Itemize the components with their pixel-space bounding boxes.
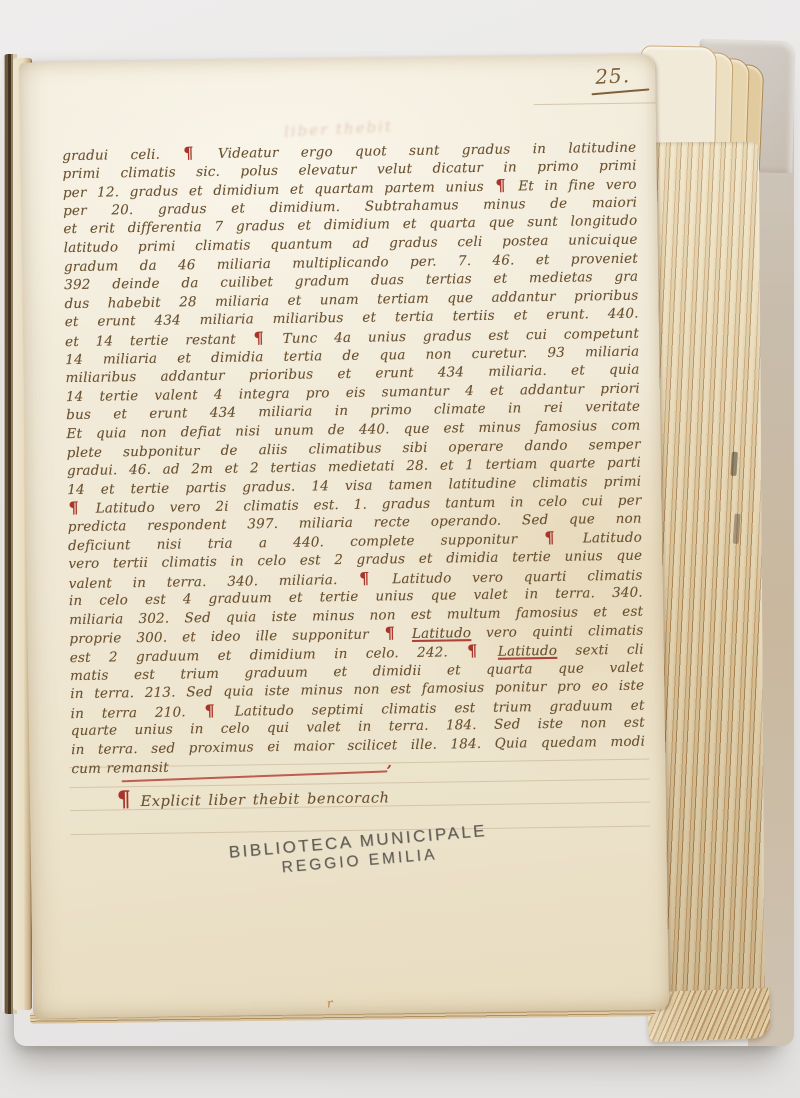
explicit-colophon: ¶ Explicit liber thebit bencorach <box>116 783 390 812</box>
capitulum-mark: ¶ <box>494 176 508 195</box>
folio-number: 25. <box>595 63 631 89</box>
capitulum-mark: ¶ <box>203 701 217 720</box>
quire-signature-mark: r <box>326 996 333 1011</box>
library-stamp: BIBLIOTECA MUNICIPALE REGGIO EMILIA <box>198 818 520 884</box>
text-block: gradui celi. ¶ Videatur ergo quot sunt g… <box>62 138 645 779</box>
rubricated-word: Latitudo <box>498 643 557 660</box>
text-segment: Latitudo <box>557 530 643 547</box>
text-segment: in terra 210. <box>70 704 203 722</box>
folio-underline <box>591 88 649 95</box>
capitulum-mark: ¶ <box>358 568 372 587</box>
photo-of-manuscript: { "folio": { "number": "25." }, "ghost":… <box>0 0 800 1098</box>
text-segment: Et in fine vero <box>508 177 637 195</box>
explicit-text: Explicit liber thebit bencorach <box>140 790 389 810</box>
capitulum-mark: ¶ <box>543 528 557 547</box>
manuscript-page: liber thebit 25. gradui celi. ¶ Videatur… <box>19 53 669 1018</box>
show-through-text: liber thebit <box>284 117 394 140</box>
fore-edge-ink-mark <box>733 514 741 544</box>
capitulum-mark: ¶ <box>252 328 266 347</box>
text-segment: vero quinti climatis <box>471 623 643 642</box>
text-segment: sexti cli <box>557 642 644 659</box>
text-segment: et 14 tertie restant <box>65 331 253 350</box>
text-segment <box>479 644 498 660</box>
fore-edge-page-block <box>653 142 765 1025</box>
capitulum-mark: ¶ <box>466 641 480 660</box>
capitulum-mark: ¶ <box>384 624 398 643</box>
ruling-line <box>534 102 656 105</box>
capitulum-mark: ¶ <box>67 498 81 517</box>
text-segment: gradui celi. <box>62 146 182 164</box>
text-segment: cum remansit <box>71 759 169 776</box>
fore-edge-ink-mark <box>730 452 737 476</box>
capitulum-mark: ¶ <box>116 787 134 812</box>
rubricated-word: Latitudo <box>412 626 471 643</box>
text-segment <box>397 626 412 642</box>
capitulum-mark: ¶ <box>182 143 196 162</box>
